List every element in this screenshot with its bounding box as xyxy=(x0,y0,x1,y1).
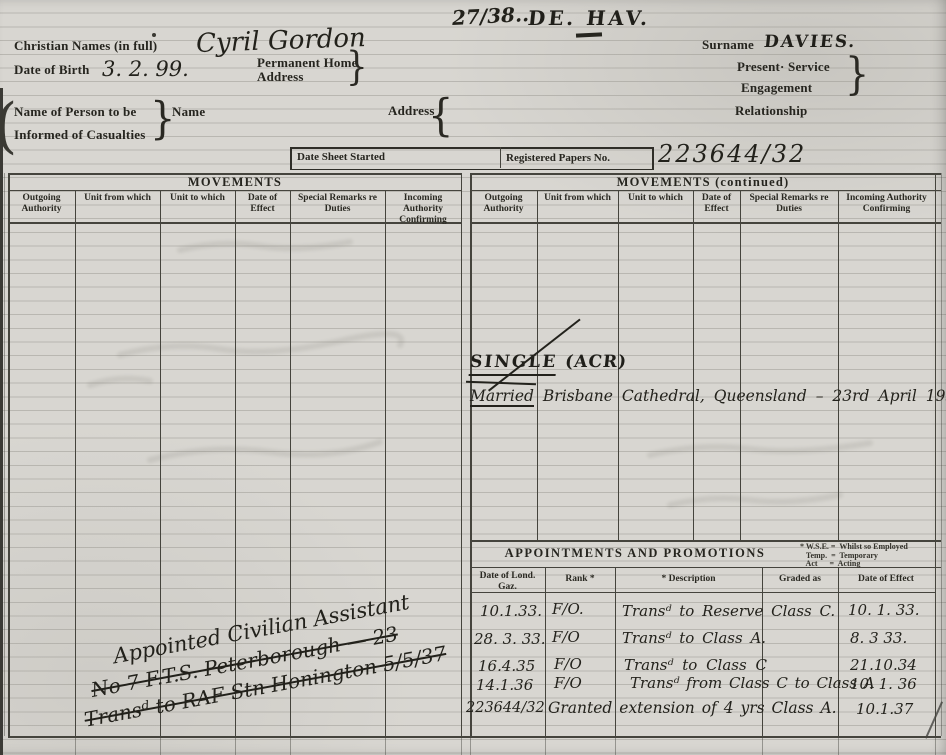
column-stub xyxy=(762,738,763,755)
permanent-home-address-label2: Address xyxy=(257,69,304,85)
table-border xyxy=(470,222,941,224)
annotation-underline xyxy=(576,32,602,37)
col-header-outgoing-authority: Outgoing Authority xyxy=(471,193,536,215)
engagement-label: Engagement xyxy=(741,80,812,96)
description: Transᵈ to Class C xyxy=(624,656,767,674)
address-brace: { xyxy=(428,94,453,138)
effect-date: 10. 1. 36 xyxy=(850,675,917,693)
table-border xyxy=(470,567,941,568)
rank: F/O xyxy=(554,655,582,673)
ink-speck xyxy=(152,33,156,37)
description: Transᵈ to Class A. xyxy=(622,629,766,647)
effect-date: 10.1.37 xyxy=(856,700,913,718)
rank: F/O xyxy=(552,628,580,646)
column-stub xyxy=(75,738,76,755)
col-header-date-of-effect: Date of Effect xyxy=(839,574,933,585)
column-stub xyxy=(385,738,386,755)
col-header-incoming-authority: Incoming Authority Confirming xyxy=(386,193,460,227)
registered-papers-label: Registered Papers No. xyxy=(506,152,610,164)
table-border xyxy=(935,173,936,736)
marginalia-notes: Appointed Civilian Assistant No 7 F.T.S.… xyxy=(72,575,500,731)
single-status-note: SINGLE (ACR) xyxy=(469,352,628,372)
table-border xyxy=(470,190,941,191)
column-stub xyxy=(838,738,839,755)
col-header-rank: Rank * xyxy=(546,574,614,585)
gaz-date: 14.1.36 xyxy=(476,676,533,694)
gaz-date: 223644/32 xyxy=(466,700,545,716)
christian-names-label: Christian Names (in full) xyxy=(14,38,157,54)
col-header-special-remarks: Special Remarks re Duties xyxy=(291,193,384,215)
col-header-graded-as: Graded as xyxy=(763,574,837,585)
gaz-date: 16.4.35 xyxy=(478,657,535,675)
date-of-birth-label: Date of Birth xyxy=(14,62,90,78)
christian-names-value: Cyril Gordon xyxy=(196,23,367,59)
column-divider xyxy=(838,190,839,540)
col-header-date-of-effect: Date of Effect xyxy=(236,193,289,215)
movements-title: MOVEMENTS xyxy=(8,175,462,190)
casualties-label-line1: Name of Person to be xyxy=(14,104,136,120)
column-stub xyxy=(290,738,291,755)
col-header-unit-from: Unit from which xyxy=(76,193,159,204)
footnote-act: Act = Acting xyxy=(800,560,860,569)
service-engagement-brace: } xyxy=(845,52,869,96)
aircraft-type-annotation: DE. HAV. xyxy=(527,6,652,30)
col-header-description: * Description xyxy=(616,574,761,585)
permanent-home-brace: } xyxy=(346,47,368,86)
column-divider xyxy=(693,190,694,540)
description: Transᵈ to Reserve Class C. xyxy=(622,602,835,620)
bleed-through-marks xyxy=(60,235,430,475)
table-border xyxy=(941,173,942,736)
surname-value: DAVIES. xyxy=(763,32,857,52)
service-record-sheet: ( 27/38.. DE. HAV. Christian Names (in f… xyxy=(0,0,946,755)
married-details: Brisbane Cathedral, Queensland – 23rd Ap… xyxy=(543,387,946,405)
casualties-label-line2: Informed of Casualties xyxy=(14,127,146,143)
col-header-unit-to: Unit to which xyxy=(619,193,692,204)
col-header-special-remarks: Special Remarks re Duties xyxy=(741,193,837,215)
file-reference-annotation: 27/38.. xyxy=(451,2,529,30)
married-word: Married xyxy=(470,387,534,407)
date-of-birth-value: 3. 2. 99. xyxy=(102,57,189,81)
col-header-incoming-authority: Incoming Authority Confirming xyxy=(839,193,934,215)
column-stub xyxy=(160,738,161,755)
table-border xyxy=(8,736,941,738)
effect-date: 10. 1. 33. xyxy=(848,601,920,619)
col-header-date-of-effect: Date of Effect xyxy=(694,193,739,215)
column-stub xyxy=(461,738,462,755)
appointments-title: APPOINTMENTS AND PROMOTIONS xyxy=(470,546,800,561)
col-header-unit-to: Unit to which xyxy=(161,193,234,204)
column-stub xyxy=(235,738,236,755)
bleed-through-marks xyxy=(630,425,900,525)
casualties-name-label: Name xyxy=(172,104,205,120)
surname-label: Surname xyxy=(702,37,754,53)
movements-continued-title: MOVEMENTS (continued) xyxy=(470,175,936,190)
column-stub xyxy=(470,738,471,755)
relationship-label: Relationship xyxy=(735,103,807,119)
rank: F/O xyxy=(554,674,582,692)
column-stub xyxy=(545,738,546,755)
column-divider xyxy=(545,567,546,736)
effect-date: 21.10.34 xyxy=(850,656,917,674)
box-divider xyxy=(500,147,501,168)
date-sheet-label: Date Sheet Started xyxy=(297,151,385,163)
description: Transᵈ from Class C to Class A xyxy=(630,674,875,692)
table-border xyxy=(4,173,5,736)
scan-edge-strip xyxy=(0,88,3,755)
present-service-label: Present· Service xyxy=(737,59,830,75)
table-border xyxy=(8,173,10,736)
column-divider xyxy=(838,567,839,736)
col-header-unit-from: Unit from which xyxy=(538,193,617,204)
registered-papers-value: 223644/32 xyxy=(658,140,806,168)
col-header-outgoing-authority: Outgoing Authority xyxy=(9,193,74,215)
married-note: Married Brisbane Cathedral, Queensland –… xyxy=(470,387,946,405)
column-stub xyxy=(615,738,616,755)
column-stub xyxy=(935,738,936,755)
effect-date: 8. 3 33. xyxy=(850,629,907,647)
rank: F/O. xyxy=(552,600,584,618)
description: Granted extension of 4 yrs Class A. xyxy=(548,699,837,717)
single-suffix: (ACR) xyxy=(564,352,628,372)
column-divider xyxy=(740,190,741,540)
